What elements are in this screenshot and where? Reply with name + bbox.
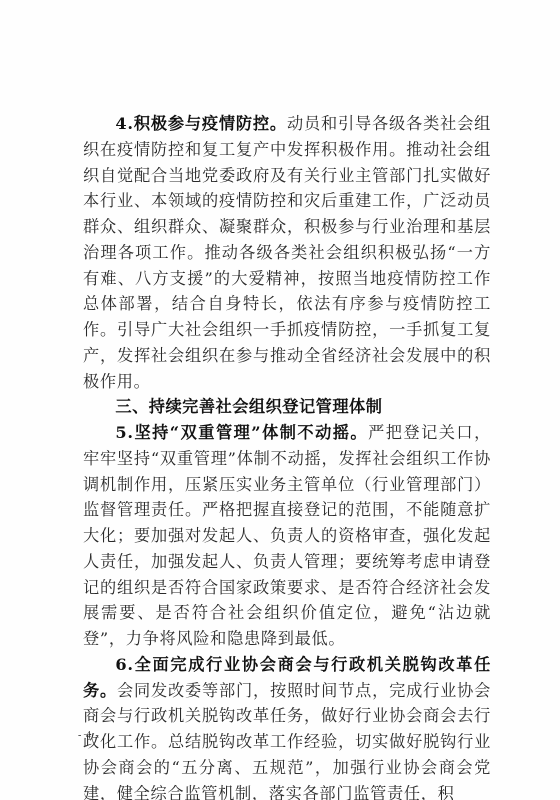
paragraph-decoupling-reform: 6.全面完成行业协会商会与行政机关脱钩改革任务。会同发改委等部门，按照时间节点，… — [83, 652, 491, 800]
paragraph-body: 会同发改委等部门，按照时间节点，完成行业协会商会与行政机关脱钩改革任务，做好行业… — [83, 681, 491, 800]
page-number: - 4 - — [78, 730, 100, 741]
paragraph-epidemic-prevention: 4.积极参与疫情防控。动员和引导各级各类社会组织在疫情防控和复工复产中发挥积极作… — [83, 111, 491, 394]
page-body: 4.积极参与疫情防控。动员和引导各级各类社会组织在疫情防控和复工复产中发挥积极作… — [83, 111, 491, 800]
paragraph-lead: 5.坚持“双重管理”体制不动摇。 — [115, 423, 368, 442]
paragraph-body: 严把登记关口，牢牢坚持“双重管理”体制不动摇，发挥社会组织工作协调机制作用，压紧… — [83, 423, 491, 648]
paragraph-lead: 4.积极参与疫情防控。 — [115, 114, 287, 133]
document-page: 4.积极参与疫情防控。动员和引导各级各类社会组织在疫情防控和复工复产中发挥积极作… — [0, 0, 560, 800]
section-heading: 三、持续完善社会组织登记管理体制 — [83, 394, 491, 420]
paragraph-body: 动员和引导各级各类社会组织在疫情防控和复工复产中发挥积极作用。推动社会组织自觉配… — [83, 114, 491, 391]
paragraph-dual-management: 5.坚持“双重管理”体制不动摇。严把登记关口，牢牢坚持“双重管理”体制不动摇，发… — [83, 420, 491, 652]
